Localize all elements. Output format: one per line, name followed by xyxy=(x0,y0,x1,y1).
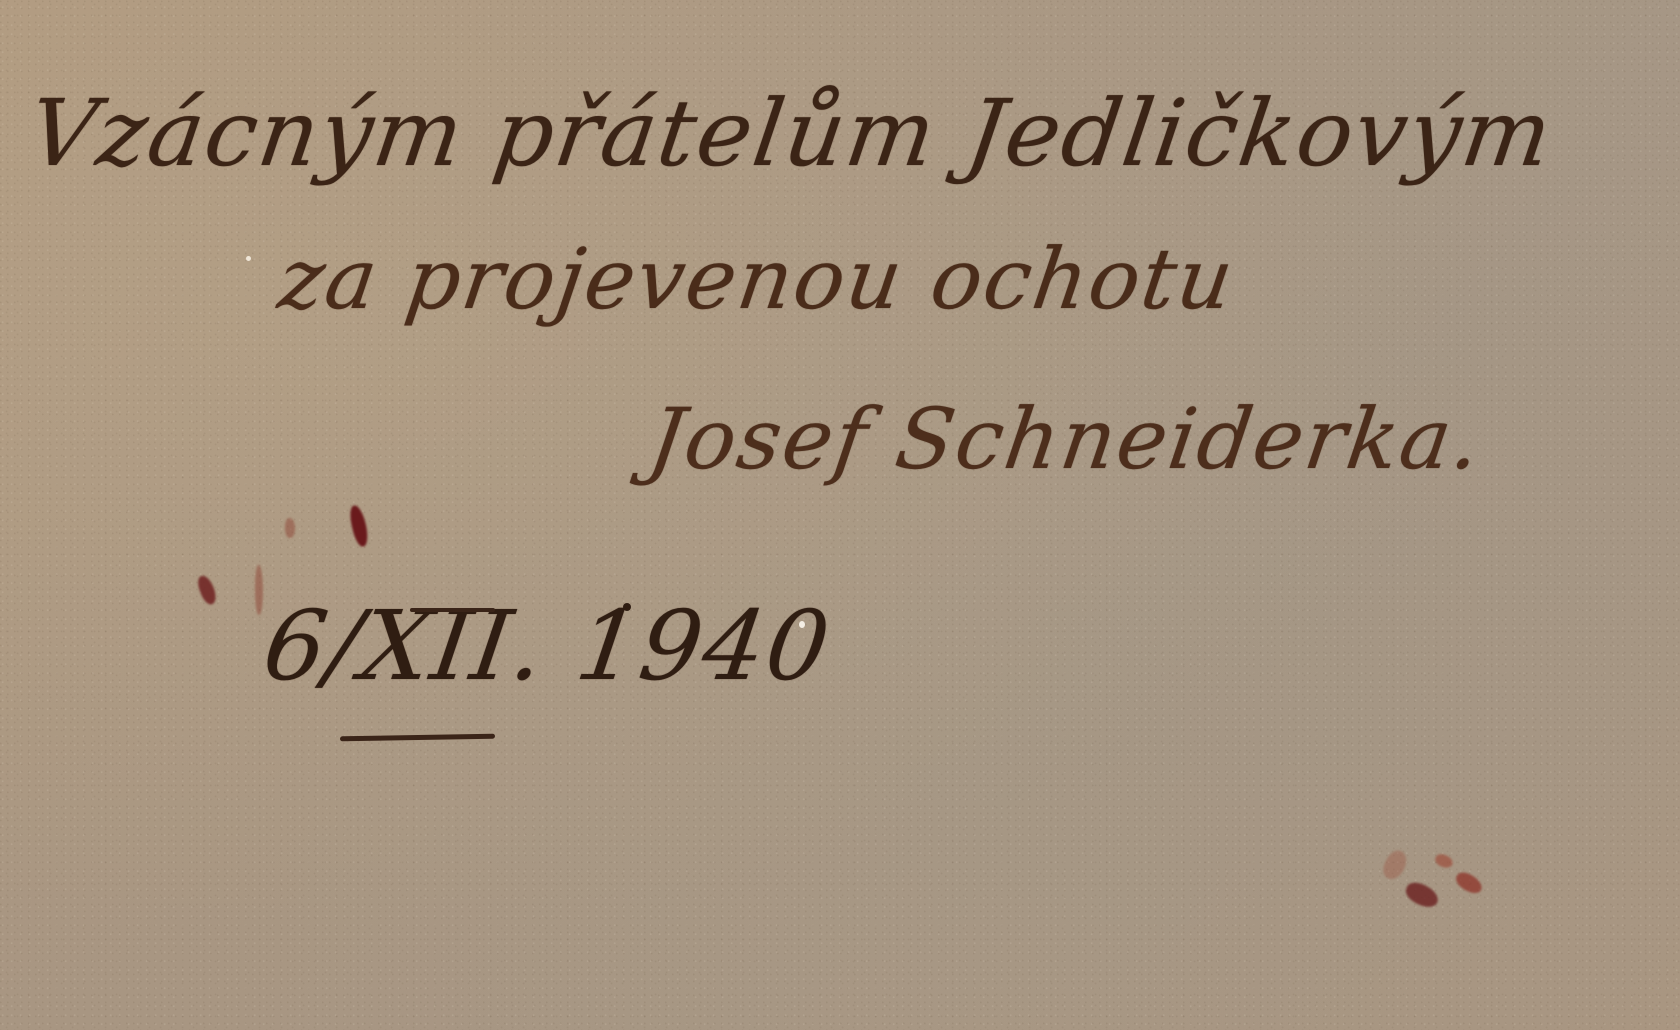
paper-speck xyxy=(799,621,805,628)
ink-dot xyxy=(623,603,631,611)
dedication-line-2: za projevenou ochotu xyxy=(273,230,1241,328)
ink-stain xyxy=(285,518,295,538)
paper-speck xyxy=(246,256,251,261)
roman-numeral-overline xyxy=(410,608,495,612)
ink-stain xyxy=(255,565,263,615)
date-line: 6/XII. 1940 xyxy=(257,590,838,702)
signature: Josef Schneiderka. xyxy=(643,390,1488,488)
dedication-line-1: Vzácným přátelům Jedličkovým xyxy=(22,80,1559,187)
